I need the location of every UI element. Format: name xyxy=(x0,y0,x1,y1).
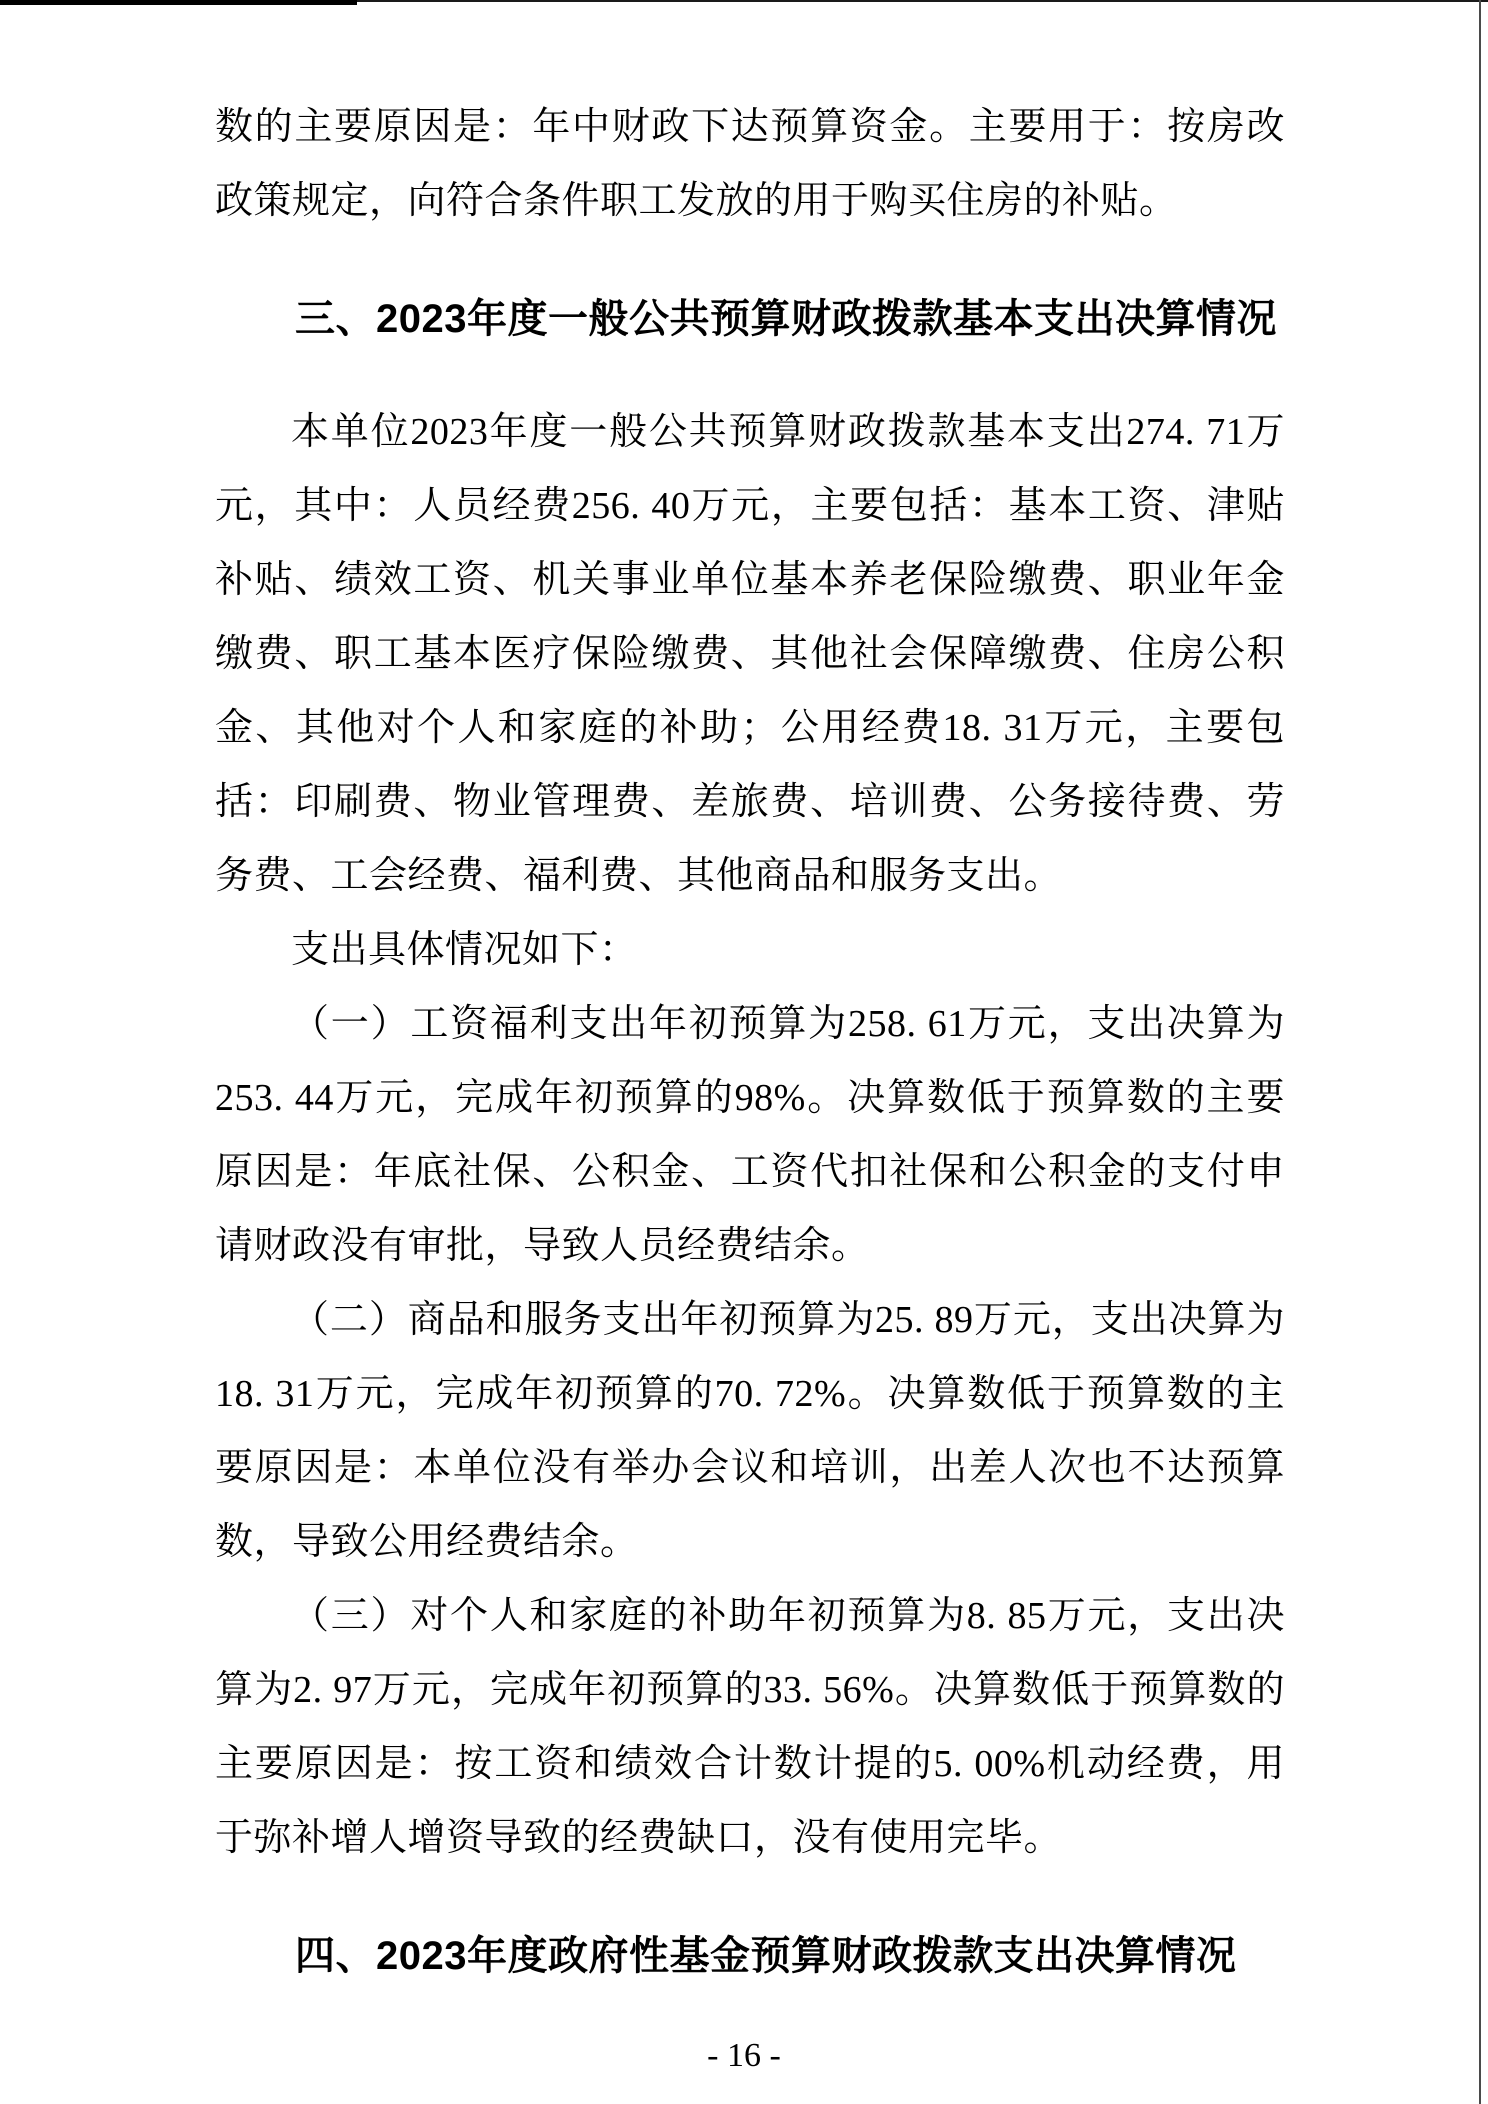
paragraph-item-one: （一）工资福利支出年初预算为258. 61万元，支出决算为253. 44万元，完… xyxy=(215,987,1285,1283)
document-page: 数的主要原因是：年中财政下达预算资金。主要用于：按房改政策规定，向符合条件职工发… xyxy=(0,0,1488,2104)
section-heading-four: 四、2023年度政府性基金预算财政拨款支出决算情况 xyxy=(215,1919,1285,1993)
paragraph-continuation: 数的主要原因是：年中财政下达预算资金。主要用于：按房改政策规定，向符合条件职工发… xyxy=(215,90,1285,238)
page-footer: - 16 - xyxy=(0,2036,1488,2076)
scan-artifact-right-edge-line xyxy=(1479,0,1481,2104)
scan-artifact-top-left-bar xyxy=(0,0,357,5)
page-number: - 16 - xyxy=(707,2037,781,2074)
paragraph-section3-intro: 本单位2023年度一般公共预算财政拨款基本支出274. 71万元，其中：人员经费… xyxy=(215,395,1285,913)
paragraph-item-two: （二）商品和服务支出年初预算为25. 89万元，支出决算为18. 31万元，完成… xyxy=(215,1283,1285,1579)
paragraph-item-three: （三）对个人和家庭的补助年初预算为8. 85万元，支出决算为2. 97万元，完成… xyxy=(215,1579,1285,1875)
paragraph-detail-lead: 支出具体情况如下： xyxy=(215,913,1285,987)
document-body: 数的主要原因是：年中财政下达预算资金。主要用于：按房改政策规定，向符合条件职工发… xyxy=(215,90,1285,2032)
section-heading-three: 三、2023年度一般公共预算财政拨款基本支出决算情况 xyxy=(215,282,1285,356)
